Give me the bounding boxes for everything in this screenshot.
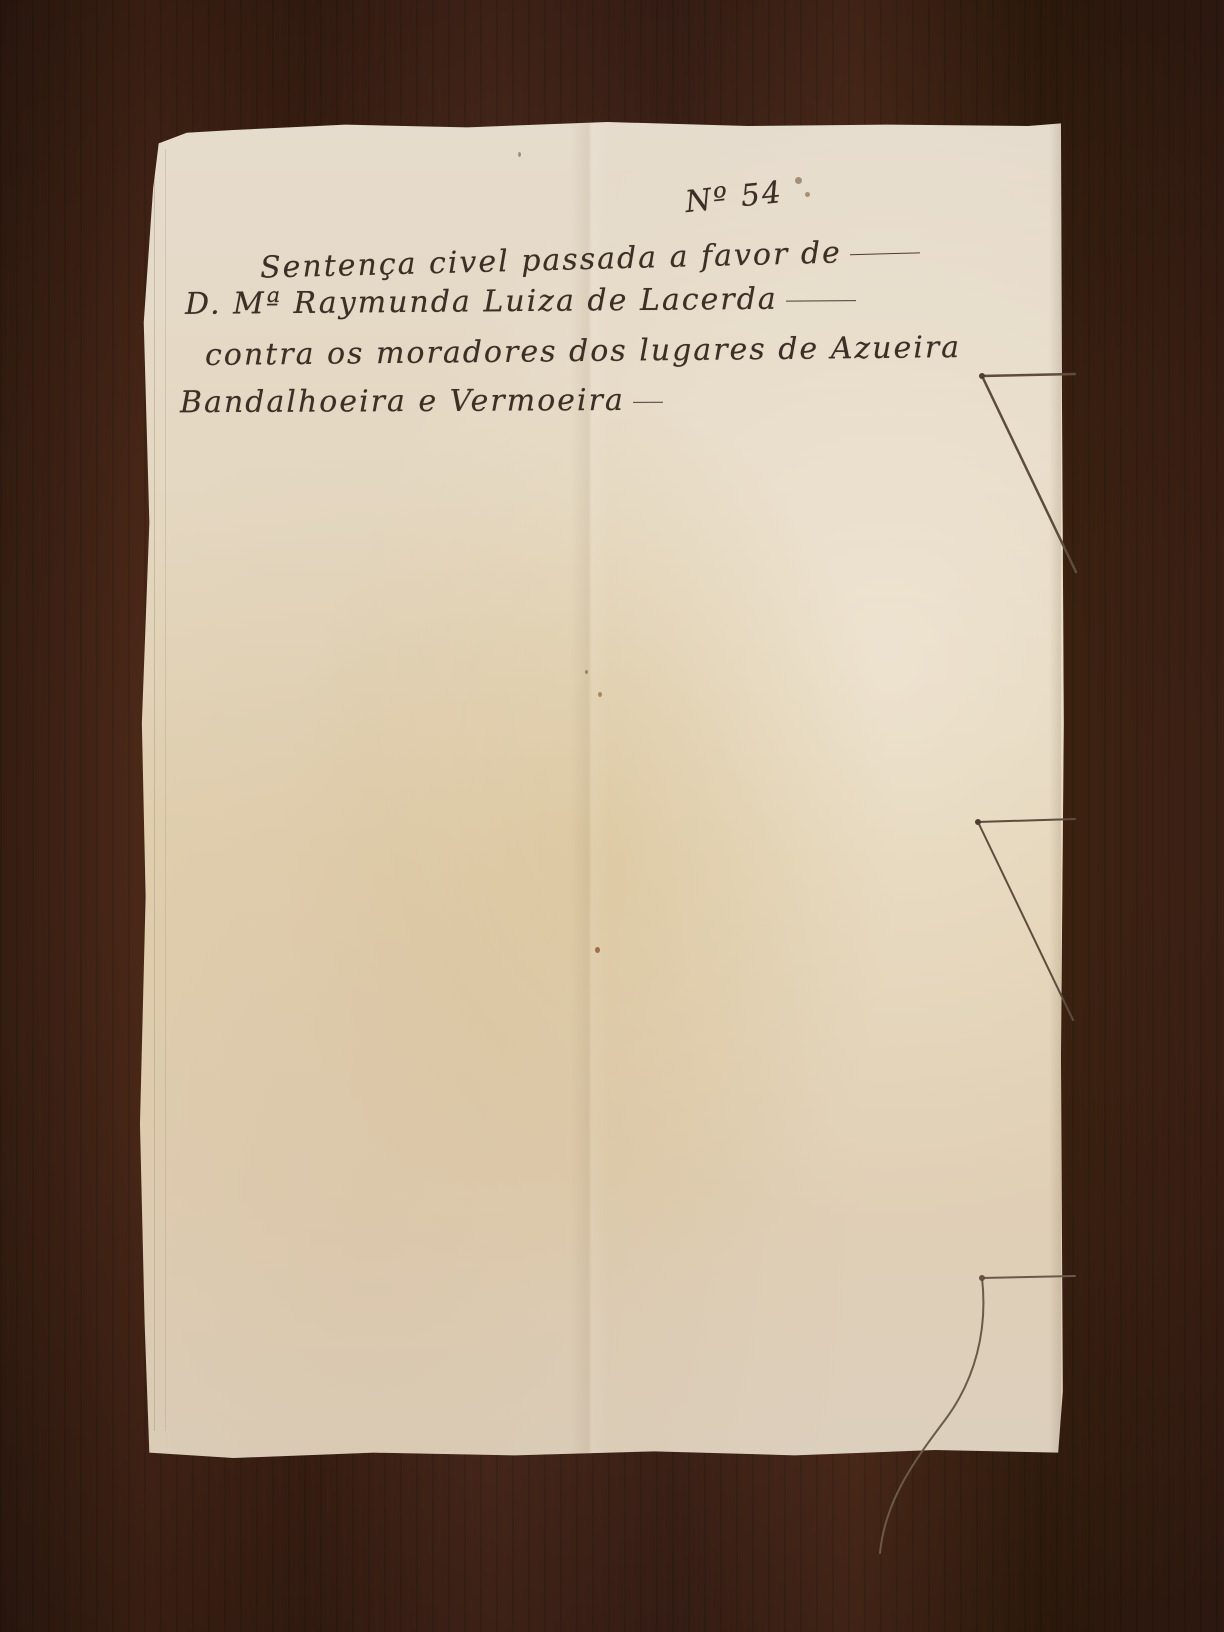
title-line-4: Bandalhoeira e Vermoeira [180,383,663,421]
rust-spot [595,947,600,953]
document-number: Nº 54 [683,175,784,220]
torn-left-edge [154,149,166,1432]
title-line-3-text: contra os moradores dos lugares de Azuei… [205,330,961,373]
title-line-2-text: D. Mª Raymunda Luiza de Lacerda [185,282,778,322]
line-flourish [850,252,920,255]
ink-spot [518,152,521,157]
right-edge-shadow [1049,122,1061,1458]
title-line-4-text: Bandalhoeira e Vermoeira [180,383,625,420]
ink-spot [795,177,802,184]
document-sheet: Nº 54 Sentença civel passada a favor de … [140,122,1075,1458]
title-line-1-text: Sentença civel passada a favor de [260,235,843,285]
line-flourish [633,401,663,402]
center-fold [570,122,610,1458]
ink-spot [805,192,810,197]
title-line-3: contra os moradores dos lugares de Azuei… [205,330,961,373]
rust-spot [598,692,602,697]
rust-spot [585,670,588,674]
line-flourish [786,300,856,302]
title-line-2: D. Mª Raymunda Luiza de Lacerda [185,281,856,322]
